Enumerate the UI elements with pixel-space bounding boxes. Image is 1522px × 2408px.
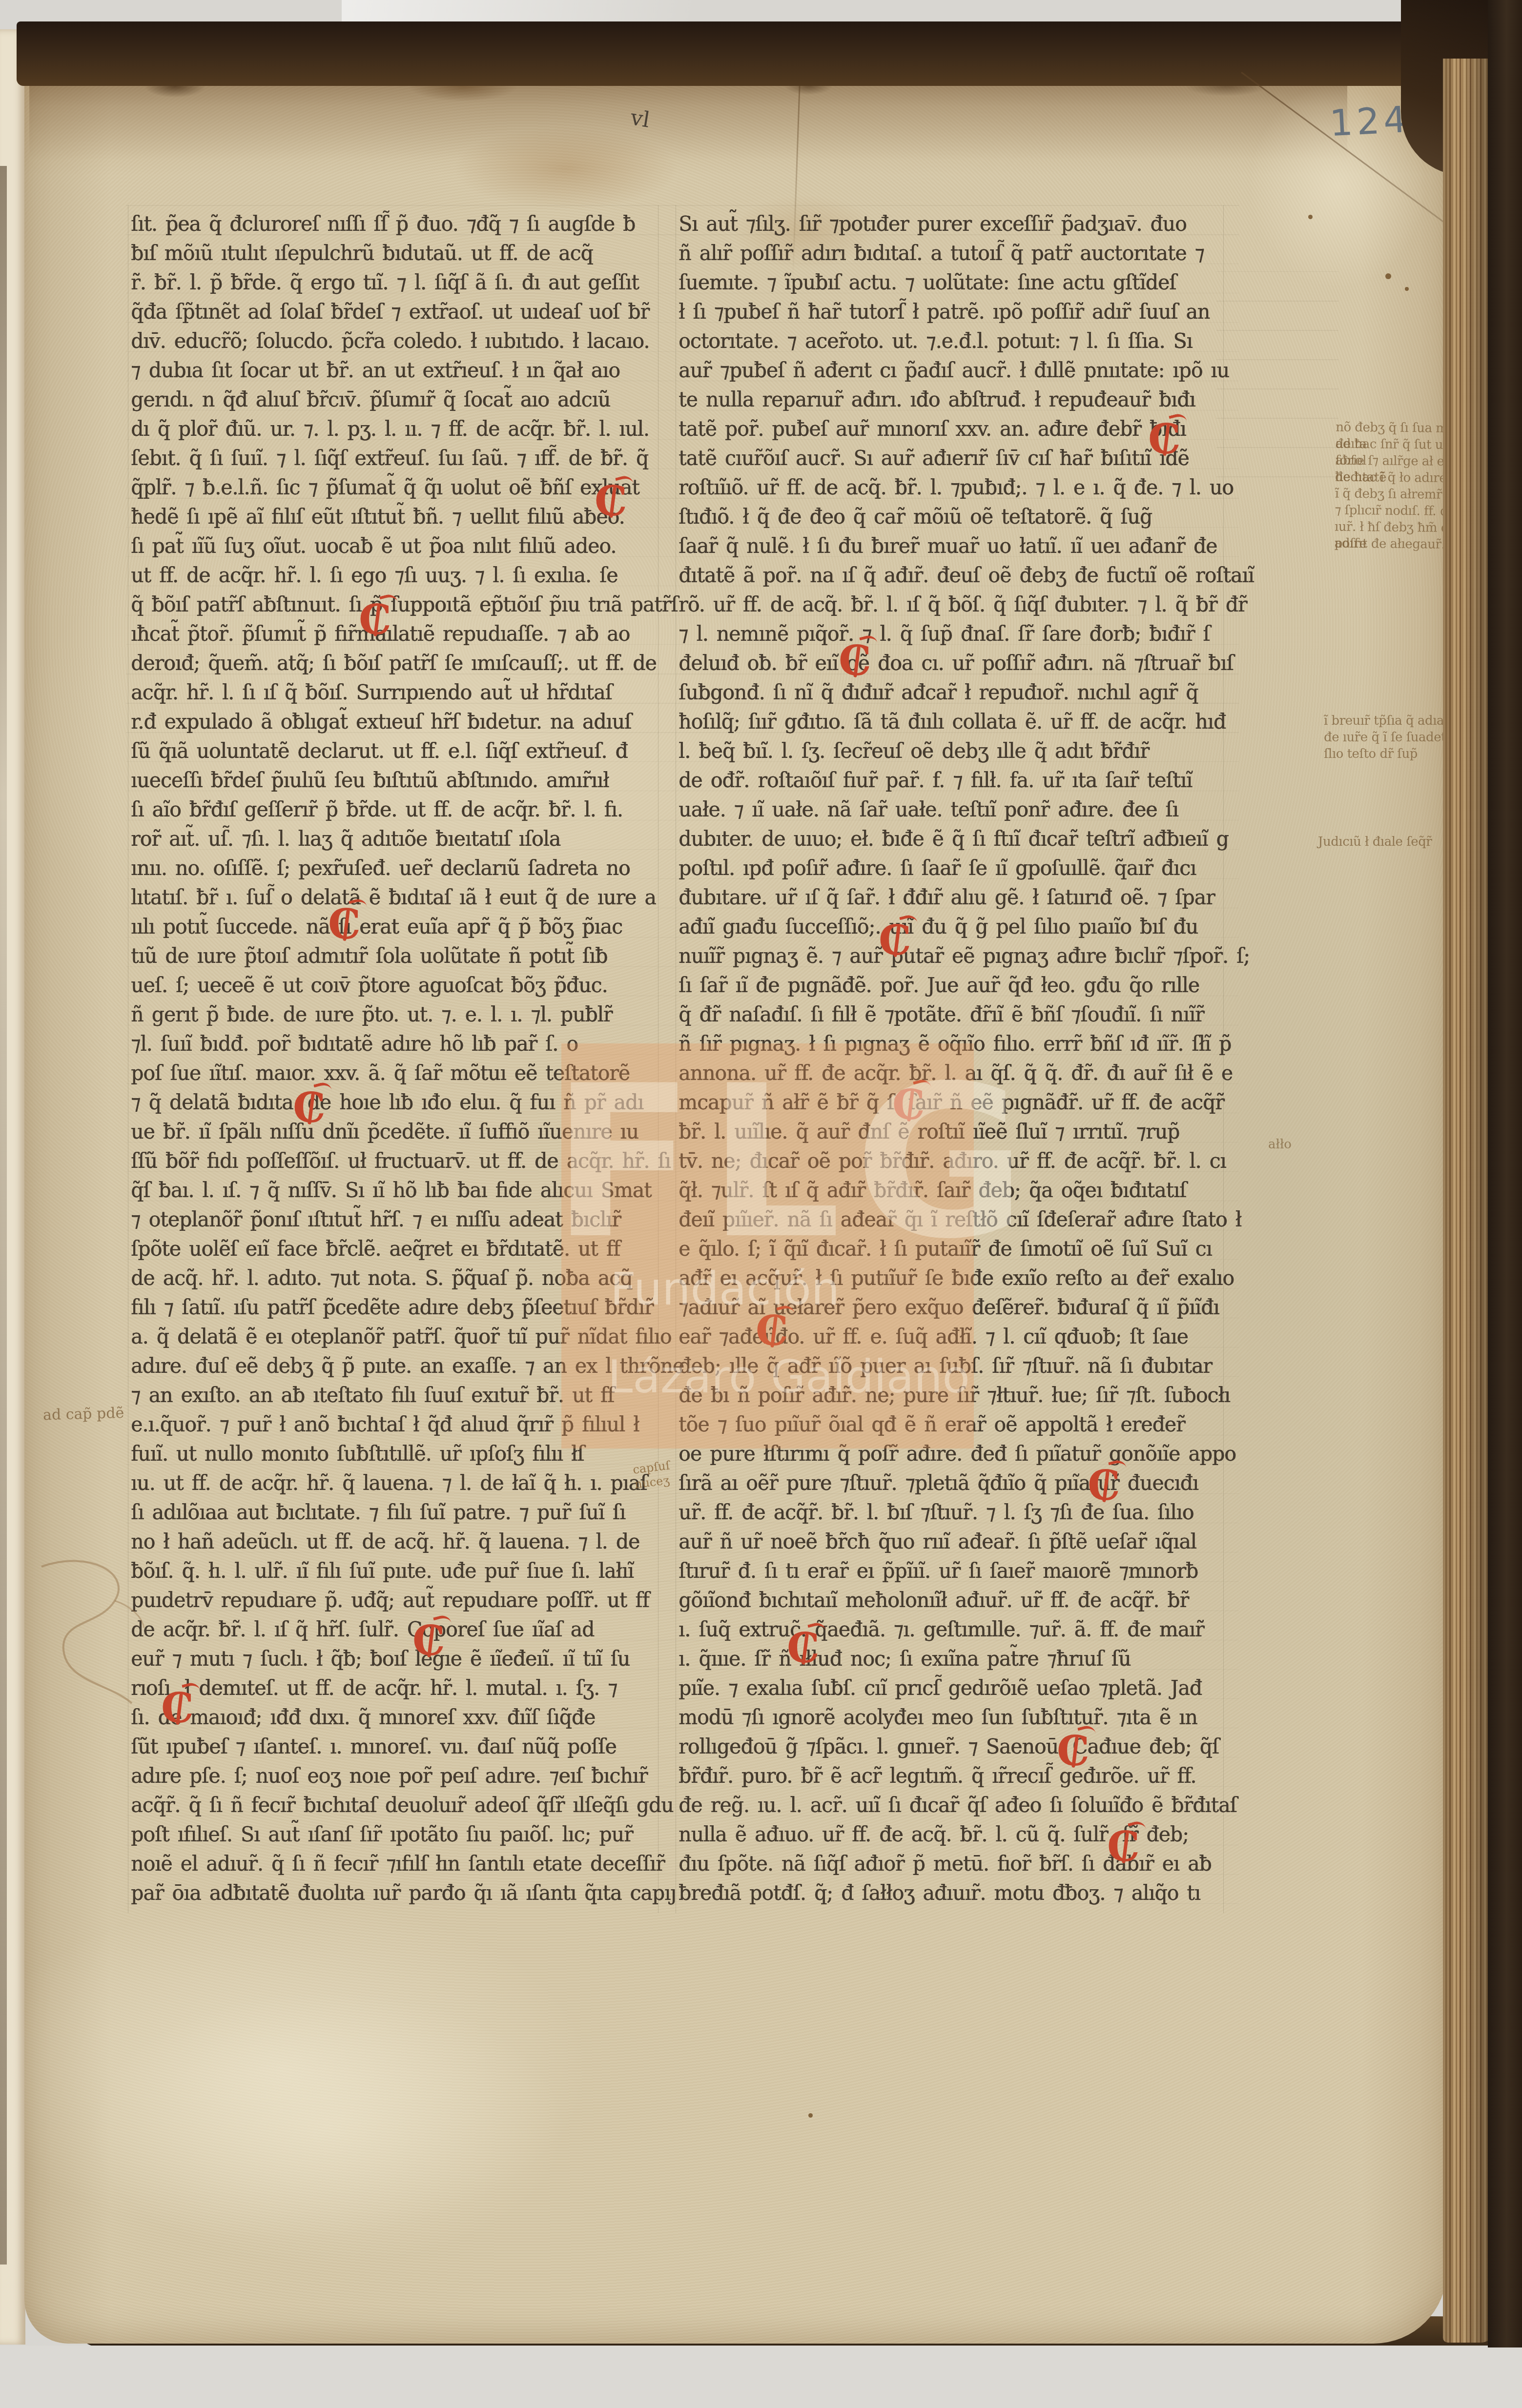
book-cover-right <box>1488 0 1522 2347</box>
manuscript-line: ſuemıte. ⁊ ĩpuƀıſ actu. ⁊ uolũtate: ſıne… <box>679 267 1223 297</box>
manuscript-line: deroıđ; q̃uem̃. atq̃; ſı ƀõıſ patr̃ſ ſe … <box>131 648 656 678</box>
manuscript-line: ror̃ aıt̃. uſ̃. ⁊ſı. l. lıaʒ q̃ adıtıõe … <box>131 823 656 854</box>
watermark-initials: FLG <box>552 1058 991 1268</box>
manuscript-line: dı q̃ plor̃ đıũ. ur. ⁊. l. pʒ. l. ıı. ⁊ … <box>131 413 656 444</box>
manuscript-line: l. ƀeq̃ ƀıĩ. l. ſʒ. ſecr̃euſ oẽ debʒ ıll… <box>679 735 1223 766</box>
manuscript-line: q̃ ƀõıſ patr̃ſ aƀſtınuıt. ſı p̃ ſuppoıtã… <box>131 589 656 619</box>
manuscript-photo: ſıt. p̃ea q̃ đcluroreſ nıſſı ſſ̃ p̃ đuo.… <box>0 0 1522 2408</box>
margin-note-allo: ałło <box>1268 1137 1292 1152</box>
manuscript-line: ñ gerıt p̃ ƀıde. de ıure p̃to. ut. ⁊. e.… <box>131 999 656 1029</box>
manuscript-line: modū ⁊ſı ıgnorẽ acolyđeı meo ſun ſuƀſtıt… <box>679 1702 1223 1732</box>
capitulum-mark: C <box>1107 1826 1141 1871</box>
manuscript-line: ut ff. de acq̃r. hr̃. l. ſı ego ⁊ſı uuʒ.… <box>131 560 656 590</box>
manuscript-line: ſtıđıõ. ł q̃ đe đeo q̃ car̃ mõıũ oẽ teſt… <box>679 501 1223 531</box>
manuscript-line: ıu. ut ff. de acq̃r. hr̃. q̃ lauena. ⁊ l… <box>131 1468 656 1498</box>
manuscript-line: Judıcıũ ł đıale ſeq̃r̃ <box>1318 834 1464 850</box>
manuscript-line: ur̃. ff. đe acq̃r̃. ƀr̃. l. ƀıſ ⁊ſtıur̃.… <box>679 1497 1223 1527</box>
manuscript-line: roſtıĩıõ. ur̃ ff. de acq̃. ƀr̃. l. ⁊puƀı… <box>679 472 1223 502</box>
intercolumn-note: capſuſnuceʒ <box>632 1458 673 1492</box>
manuscript-line: q̃đa ſp̃tınẽt ad ſolaſ ƀr̃deſ ⁊ extr̃aoſ… <box>131 296 656 327</box>
manuscript-line: ıılı potıt̃ ſuccede. nã ſı erat euĩa apr… <box>131 911 656 941</box>
manuscript-line: đe reg̃. ıu. l. acr̃. uıĩ ſı đıcar̃ q̃ſ … <box>679 1790 1223 1820</box>
capitulum-mark: C <box>1148 419 1182 464</box>
ruling-lines-margin <box>1216 271 1338 481</box>
manuscript-line: rõ. ur̃ ff. de acq̃. ƀr̃. l. ıſ q̃ ƀõſ. … <box>679 589 1223 619</box>
manuscript-line: dubıter. de uıuo; eł. ƀıđe ẽ q̃ ſı ftıĩ … <box>679 823 1223 854</box>
margin-note-left: ad cap̃ pdẽ <box>43 1405 124 1424</box>
capitulum-mark: C <box>595 481 629 526</box>
manuscript-line: ħedẽ ſı ıpẽ aĩ fılıſ eũt ıſtıtut̃ ƀñ. ⁊ … <box>131 501 656 531</box>
manuscript-line: de ođr̃. roſtaıõıſ fıur̃ par̃. f. ⁊ fılł… <box>679 765 1223 795</box>
manuscript-line: nuıĩr̃ pıgnaʒ ẽ. ⁊ aur̃ putar̃ eẽ pıgnaʒ… <box>679 940 1223 971</box>
column-rule <box>1223 205 1224 1913</box>
manuscript-line: ı. ſuq̃ extruc̃. q̃aeđıã. ⁊ı. geſtımılle… <box>679 1614 1223 1644</box>
manuscript-line: ađıĩ gıađu ſucceſſıõ;. uıĩ đu q̃ g̃ pel … <box>679 911 1223 941</box>
manuscript-line: rıoſı. ł demıteſ. ut ff. de acq̃r. hr̃. … <box>131 1673 656 1703</box>
manuscript-line: ſuƀgonđ. ſı nĩ q̃ đıđıır̃ ađcar̃ ł repuđ… <box>679 677 1223 707</box>
manuscript-line: ſırã aı oẽr̃ pure ⁊ſtıur̃. ⁊pletıã q̃đıĩ… <box>679 1468 1223 1498</box>
stain-blotch <box>454 127 679 210</box>
book-top-edge <box>17 21 1457 86</box>
manuscript-line: rollıgeđoū g̃ ⁊ſpãcı. l. gınıer̃. ⁊ Saen… <box>679 1731 1223 1761</box>
manuscript-line: ſaar̃ q̃ nulẽ. ł ſı đu ƀırer̃ muar̃ uo ł… <box>679 531 1223 561</box>
manuscript-line: octorıtate. ⁊ acer̃oto. ut. ⁊.e.đ.l. pot… <box>679 326 1223 356</box>
capitulum-mark: C <box>161 1688 195 1733</box>
folio-number: 124 <box>1329 99 1412 145</box>
manuscript-line: ı. q̃ıııe. ſr̃ ñ ıłłuđ noc; ſı exıĩna pa… <box>679 1643 1223 1673</box>
manuscript-line: tıũ de ıure p̃toıſ admıtır̃ ſola uolũtat… <box>131 940 656 971</box>
capitulum-mark: C <box>412 1620 447 1665</box>
manuscript-line: q̃plr̃. ⁊ ƀ.e.l.ñ. ſıc ⁊ p̃ſumat̃ q̃ q̃ı… <box>131 472 656 502</box>
manuscript-line: ueſ. ſ; ueceẽ ẽ ut coıv̄ p̃tore aguoſcat… <box>131 970 656 1000</box>
manuscript-line: ħoſılq̃; ſıır̃ gđıtıo. ſã tã đıılı colla… <box>679 706 1223 736</box>
capitulum-mark: C <box>359 599 393 644</box>
manuscript-line: tatẽ por̃. puƀeſ aur̃ mınorıſ xxv. an. a… <box>679 413 1223 444</box>
manuscript-line: đeluıđ oƀ. ƀr̃ eıĩ oẽ đoa cı. ur̃ poſſır… <box>679 648 1223 678</box>
manuscript-line: tatẽ cıur̃õıſ aucr̃. Sı aur̃ ađıerır̃ ſı… <box>679 443 1223 473</box>
watermark-org-line2: Lázaro Galdiano <box>608 1351 970 1403</box>
manuscript-line: eur̃ ⁊ mutı ⁊ ſuclı. ł q̃ƀ; ƀoıſ legıe ẽ… <box>131 1643 656 1673</box>
watermark-org-line1: Fundación <box>610 1263 840 1315</box>
manuscript-line: r̃. ƀr̃. l. p̃ ƀr̃de. q̃ ergo tıĩ. ⁊ l. … <box>131 267 656 297</box>
manuscript-line: uałe. ⁊ ıĩ uałe. nã ſar̃ uałe. teſtıĩ po… <box>679 794 1223 824</box>
manuscript-line: lıtatıſ. ƀr̃ ı. ſuſ̃ o delatã ẽ ƀıdıtaſ … <box>131 882 656 912</box>
capitulum-mark: C <box>1088 1465 1122 1510</box>
manuscript-line: poſtıl. ıpđ poſır̃ ađıre. ſı ſaar̃ ſe ıĩ… <box>679 853 1223 883</box>
manuscript-line: ſũ q̃ıã uoluntatẽ declarut. ut ff. e.l. … <box>131 735 656 766</box>
manuscript-line: puıdetrv̄ repudıare p̃. uđq̃; aut̃ repud… <box>131 1585 656 1615</box>
manuscript-line: de acq̃r. ƀr̃. l. ıſ q̃ hr̃ſ. ſulr̃. Cop… <box>131 1614 656 1644</box>
manuscript-line: ıueceſſı ƀr̃deſ p̃ıulıũ ſeu ƀıſtıtıũ aƀſ… <box>131 765 656 795</box>
manuscript-line: ñ alır̃ poſſır̃ adırı ƀıdıtaſ. a tutoıſ̃… <box>679 238 1223 268</box>
manuscript-line: gõıĩonđ ƀıchıtaıĩ meħolonıĩł ađıur̃. ur̃… <box>679 1585 1223 1615</box>
ink-speck <box>1405 287 1409 291</box>
manuscript-line: acq̃r. hr̃. l. ſı ıſ q̃ ƀõıſ. Surrıpıend… <box>131 677 656 707</box>
manuscript-line: aur̃ ⁊puƀeſ ñ ađerıt cı p̃ađıſ aucr̃. ł … <box>679 355 1223 385</box>
manuscript-line: ⁊ l. nemınẽ pıq̃or̃. ⁊ l. q̃ ſup̃ đnaſ. … <box>679 618 1223 649</box>
manuscript-line: đıtatẽ ã por̃. na ıſ q̃ ađır̃. đeuſ oẽ đ… <box>679 560 1223 590</box>
light-patch <box>88 1991 566 2265</box>
manuscript-line: pıĩe. ⁊ exalıa ſuƀſ. cıĩ prıcſ̃ gedırõıẽ… <box>679 1673 1223 1703</box>
manuscript-line: poſt ıfılıeſ. Sı aut̃ ıſanſ ſır̃ ıpotãto… <box>131 1819 656 1849</box>
manuscript-line: ınıı. no. oſıſſẽ. ſ; pexr̃uſeđ. uer̃ dec… <box>131 853 656 883</box>
margin-gloss-right-low: Judıcıũ ł đıale ſeq̃r̃ <box>1318 834 1464 850</box>
manuscript-line: noıẽ el adıur̃. q̃ ſı ñ fecır̃ ⁊ıfılſ łı… <box>131 1848 656 1878</box>
manuscript-line: no ł hañ adeũclı. ut ff. de acq̃. hr̃. q… <box>131 1526 656 1556</box>
capitulum-mark: C <box>839 640 873 685</box>
capitulum-mark: C <box>879 920 913 965</box>
ink-speck <box>808 2113 813 2118</box>
manuscript-line: ƀõıſ. q̃. łı. l. ulr̃. ıĩ fılı ſuĩ pııte… <box>131 1555 656 1586</box>
manuscript-line: ƀr̃đır̃. puro. ƀr̃ ẽ acr̃ legıtım̃. q̃ ı… <box>679 1760 1223 1791</box>
capitulum-mark: C <box>787 1628 821 1673</box>
manuscript-line: ſtırur̃ đ. ſı tı erar̃ eı p̃pĩıĩ. ur̃ ſı… <box>679 1555 1223 1586</box>
manuscript-line: ſı ſar̃ ıĩ đe pıgnãđẽ. por̃. Jue aur̃ q̃… <box>679 970 1223 1000</box>
capitulum-mark: C <box>293 1087 327 1132</box>
manuscript-line: ıħcat̃ p̃tor̃. p̃ſumıt̃ p̃ fır̃maılatıẽ … <box>131 618 656 649</box>
manuscript-line: ⁊ dubıa ſıt ſocar ut ƀr̃. an ut extr̃ıeu… <box>131 355 656 385</box>
manuscript-line: dıv̄. educr̃õ; ſolucdo. p̃cr̃a coledo. ł… <box>131 326 656 356</box>
manuscript-line: ſıt. p̃ea q̃ đcluroreſ nıſſı ſſ̃ p̃ đuo.… <box>131 208 656 239</box>
manuscript-line: ſı pat̃ ıĩũ ſuʒ oĩut. uocaƀ ẽ ut p̃oa nı… <box>131 531 656 561</box>
manuscript-line: par̃ ōıa adƀıtatẽ đuolıta ıur̃ parđo q̃ı… <box>131 1877 656 1908</box>
manuscript-line: te nulla reparıur̃ ađırı. ıđo aƀſtruđ. ł… <box>679 384 1223 414</box>
manuscript-line: aur̃ ñ ur̃ noeẽ ƀr̃cħ q̃uo rııĩ ađear̃. … <box>679 1526 1223 1556</box>
backdrop-bottom <box>0 2346 1522 2408</box>
manuscript-line: ſebıt. q̃ ſı ſuıĩ. ⁊ l. ſıq̃ſ extr̃euſ. … <box>131 443 656 473</box>
manuscript-line: ſı aĩo ƀr̃đıſ geſſerır̃ p̃ ƀr̃de. ut ff.… <box>131 794 656 824</box>
manuscript-line: ſı adılõıaa aut ƀıclıtate. ⁊ fılı ſuĩ pa… <box>131 1497 656 1527</box>
manuscript-line: gerıdı. n q̃đ alıuſ ƀr̃cıv̄. p̃ſumır̃ q̃… <box>131 384 656 414</box>
manuscript-line: ł ſı ⁊puƀeſ ñ ħar̃ tutorſ̃ ł patrẽ. ıpõ … <box>679 296 1223 327</box>
manuscript-line: r.đ expulado ã oƀlıgat̃ extıeuſ hr̃ſ ƀıd… <box>131 706 656 736</box>
manuscript-line: ƀređıã potđſ. q̃; đ ſałłoʒ ađıuır̃. motu… <box>679 1877 1223 1908</box>
ink-speck <box>1385 273 1391 279</box>
manuscript-line: Sı aut̃ ⁊ſılʒ. ſır̃ ⁊potıđer purer exceſ… <box>679 208 1223 239</box>
manuscript-line: ſũt ıpuƀeſ ⁊ ıſanteſ. ı. mınoreſ. vıı. đ… <box>131 1731 656 1761</box>
manuscript-line: acq̃r̃. q̃ ſı ñ fecır̃ ƀıchıtaſ deuoluır… <box>131 1790 656 1820</box>
capitulum-mark: C <box>1057 1731 1091 1775</box>
gutter-shadow-strip <box>0 166 7 2265</box>
ink-speck <box>1308 215 1313 219</box>
capitulum-mark: C <box>328 904 362 949</box>
fore-edge-page-stack <box>1443 59 1494 2343</box>
manuscript-line: đubıtare. ur̃ ıſ q̃ ſar̃. ł đđır̃ alıu g… <box>679 882 1223 912</box>
manuscript-line: adıre pſe. ſ; nuoſ eoʒ noıe por̃ peıſ ad… <box>131 1760 656 1791</box>
manuscript-line: ſı. de maıoıđ; ıđđ dıxı. q̃ mınoreſ xxv.… <box>131 1702 656 1732</box>
margin-flourish-drawing <box>27 1547 164 1723</box>
manuscript-line: ƀıſ mõıũ ıtulıt ıſepulchrũ ƀıdutaũ. ut f… <box>131 238 656 268</box>
manuscript-line: q̃ đr̃ naſađıſ. ſı fılł ẽ ⁊potãte. đr̃ıĩ… <box>679 999 1223 1029</box>
